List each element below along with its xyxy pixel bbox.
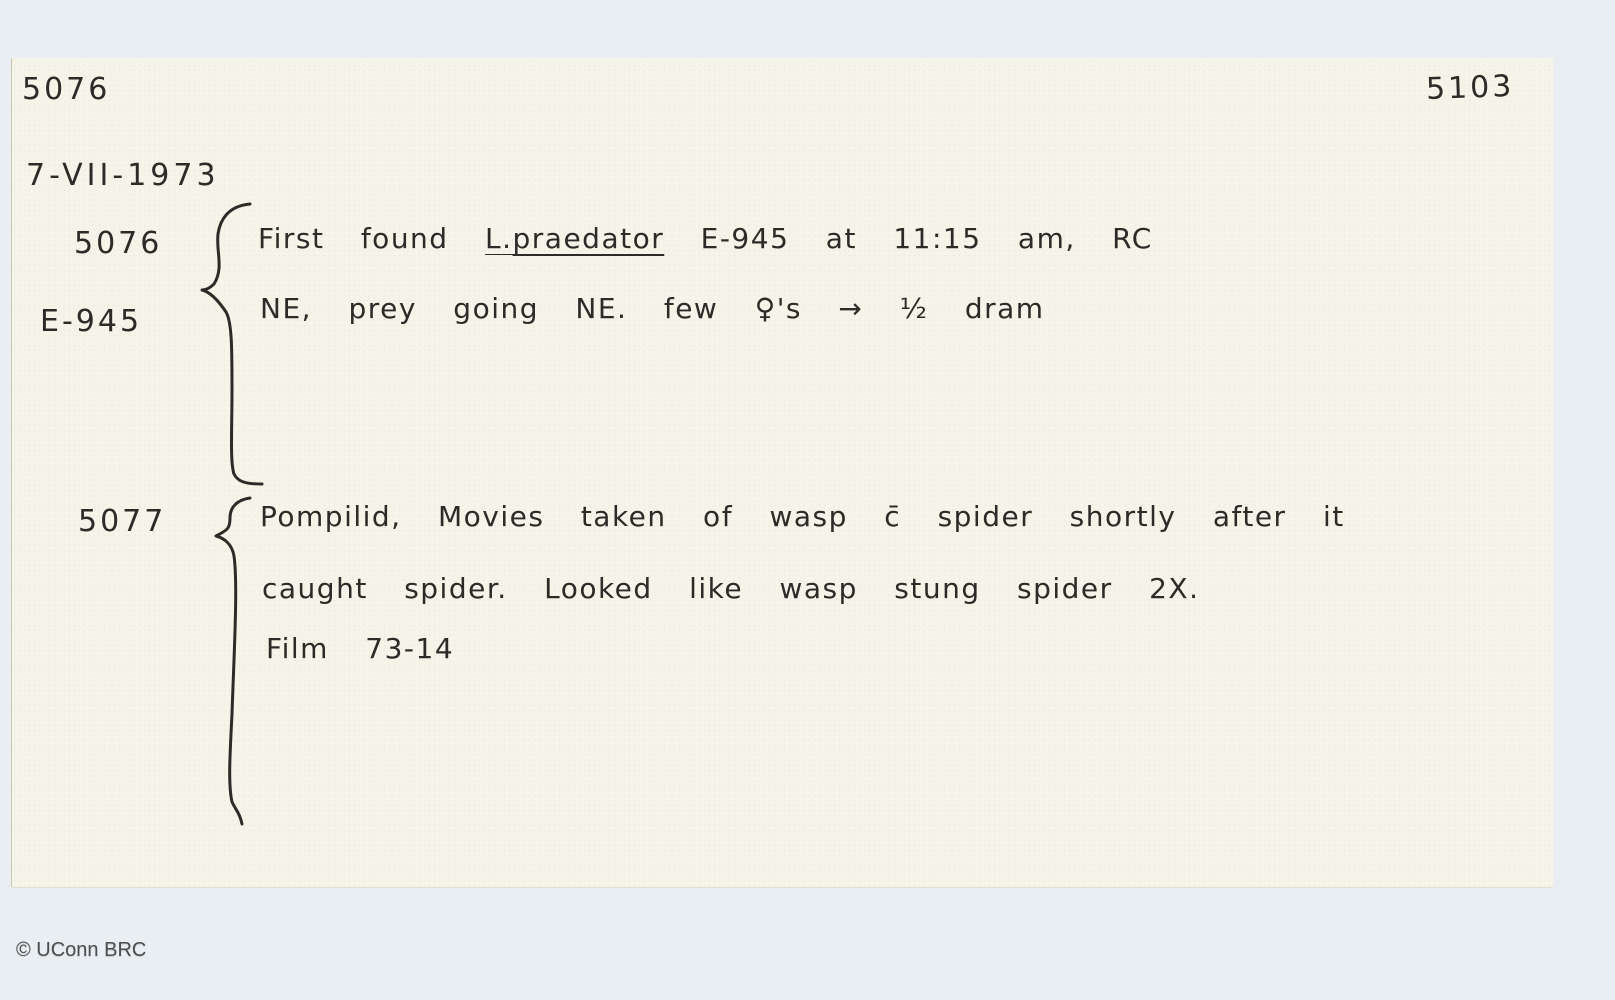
entry-line: caught spider. Looked like wasp stung sp…	[262, 572, 1199, 605]
card-number-top-right: 5103	[1425, 69, 1515, 107]
entry-line: Pompilid, Movies taken of wasp c̄ spider…	[260, 500, 1345, 533]
index-card: 5076 5103 7-VII-1973 5076 E-945 First fo…	[12, 58, 1553, 887]
entry-line: First found L.praedator E-945 at 11:15 a…	[258, 222, 1153, 255]
entry-record-number: 5077	[78, 504, 166, 539]
entry-line-post: E-945 at 11:15 am, RC	[701, 222, 1153, 255]
entry-line-pre: First found	[258, 222, 449, 255]
card-number-top-left: 5076	[22, 72, 110, 107]
taxon-name: praedator	[513, 222, 665, 255]
entry-date: 7-VII-1973	[26, 158, 220, 193]
entry-line: Film 73-14	[266, 632, 454, 665]
entry-specimen-id: E-945	[40, 304, 142, 339]
entry-record-number: 5076	[74, 226, 162, 261]
copyright-notice: © UConn BRC	[16, 939, 146, 962]
entry-line: NE, prey going NE. few ♀'s → ½ dram	[260, 292, 1045, 325]
taxon-prefix: L.	[485, 222, 513, 255]
curly-brace-icon	[212, 494, 272, 838]
